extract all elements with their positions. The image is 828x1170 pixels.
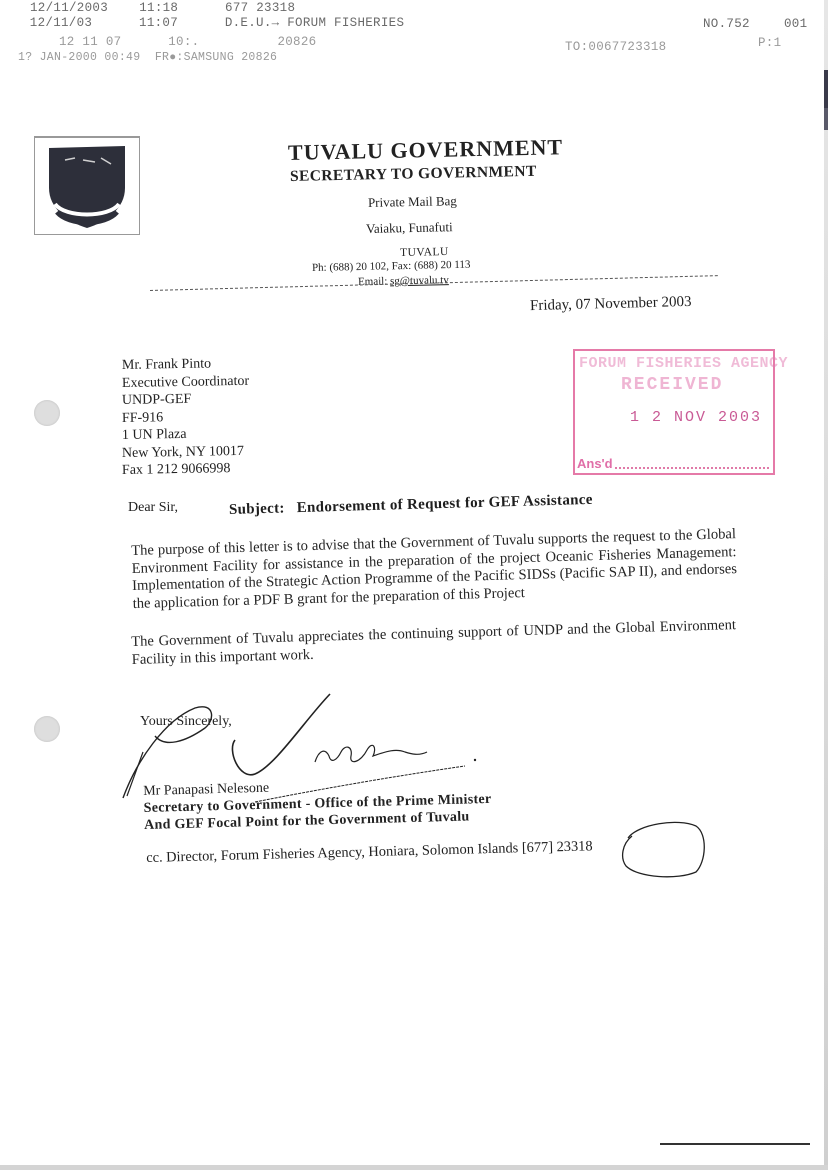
letterhead-subtitle: SECRETARY TO GOVERNMENT xyxy=(290,163,537,186)
tuvalu-crest-icon xyxy=(34,136,140,235)
stamp-organization: FORUM FISHERIES AGENCY xyxy=(579,355,788,372)
letterhead-address: Vaiaku, Funafuti xyxy=(366,219,453,237)
recipient-organization: UNDP-GEF xyxy=(122,390,249,410)
recipient-room: FF-916 xyxy=(122,407,249,427)
recipient-city: New York, NY 10017 xyxy=(122,442,249,462)
fax-header-line-2: 12/11/03 11:07 D.E.U.→ FORUM FISHERIES xyxy=(22,16,404,30)
recipient-street: 1 UN Plaza xyxy=(122,425,249,445)
fax-page-code: 001 xyxy=(784,17,807,31)
fax-to-number: TO:0067723318 xyxy=(565,40,666,54)
body-paragraph: The Government of Tuvalu appreciates the… xyxy=(131,617,737,669)
email-address-link[interactable]: sg@tuvalu.tv xyxy=(390,274,449,287)
fax-header-line-4: 1? JAN-2000 00:49 FR●:SAMSUNG 20826 xyxy=(18,51,277,64)
scan-right-edge xyxy=(824,0,828,1170)
hand-drawn-circle-icon xyxy=(618,818,708,880)
subject-label: Subject: xyxy=(229,500,285,518)
fax-job-number: NO.752 xyxy=(703,17,750,31)
subject-text: Endorsement of Request for GEF Assistanc… xyxy=(297,492,593,516)
letterhead-phone-fax: Ph: (688) 20 102, Fax: (688) 20 113 xyxy=(312,259,471,274)
punch-hole xyxy=(34,716,60,742)
stamp-answered-label: Ans'd xyxy=(577,456,613,471)
letterhead-email-line: Email: sg@tuvalu.tv xyxy=(358,274,449,288)
subject-line: Subject: Endorsement of Request for GEF … xyxy=(229,492,593,519)
received-stamp: FORUM FISHERIES AGENCY RECEIVED 1 2 NOV … xyxy=(573,349,775,475)
recipient-fax: Fax 1 212 9066998 xyxy=(122,460,249,480)
email-label: Email: xyxy=(358,275,388,288)
letterhead-mail-bag: Private Mail Bag xyxy=(368,193,457,211)
signatory-block: Mr Panapasi Nelesone Secretary to Govern… xyxy=(143,774,492,834)
scan-bottom-edge xyxy=(0,1165,828,1170)
salutation: Dear Sir, xyxy=(128,500,178,516)
fax-header-line-1: 12/11/2003 11:18 677 23318 xyxy=(30,1,295,15)
stamp-answered-line xyxy=(615,467,769,469)
fax-page-indicator: P:1 xyxy=(758,36,781,50)
body-paragraph: The purpose of this letter is to advise … xyxy=(131,526,738,613)
scan-edge-shadow xyxy=(824,108,828,130)
recipient-name: Mr. Frank Pinto xyxy=(122,355,249,375)
scan-edge-shadow xyxy=(824,70,828,110)
stamp-date: 1 2 NOV 2003 xyxy=(630,409,762,426)
recipient-address-block: Mr. Frank Pinto Executive Coordinator UN… xyxy=(122,357,249,480)
letter-date: Friday, 07 November 2003 xyxy=(530,294,692,315)
cc-line: cc. Director, Forum Fisheries Agency, Ho… xyxy=(146,838,593,867)
letterhead-title: TUVALU GOVERNMENT xyxy=(288,134,564,166)
fax-header-line-3: 12 11 07 10:. 20826 xyxy=(20,35,316,49)
stamp-status: RECEIVED xyxy=(621,375,723,395)
letterhead-country: TUVALU xyxy=(400,246,449,259)
footer-rule xyxy=(660,1143,810,1145)
recipient-title: Executive Coordinator xyxy=(122,372,249,392)
punch-hole xyxy=(34,400,60,426)
